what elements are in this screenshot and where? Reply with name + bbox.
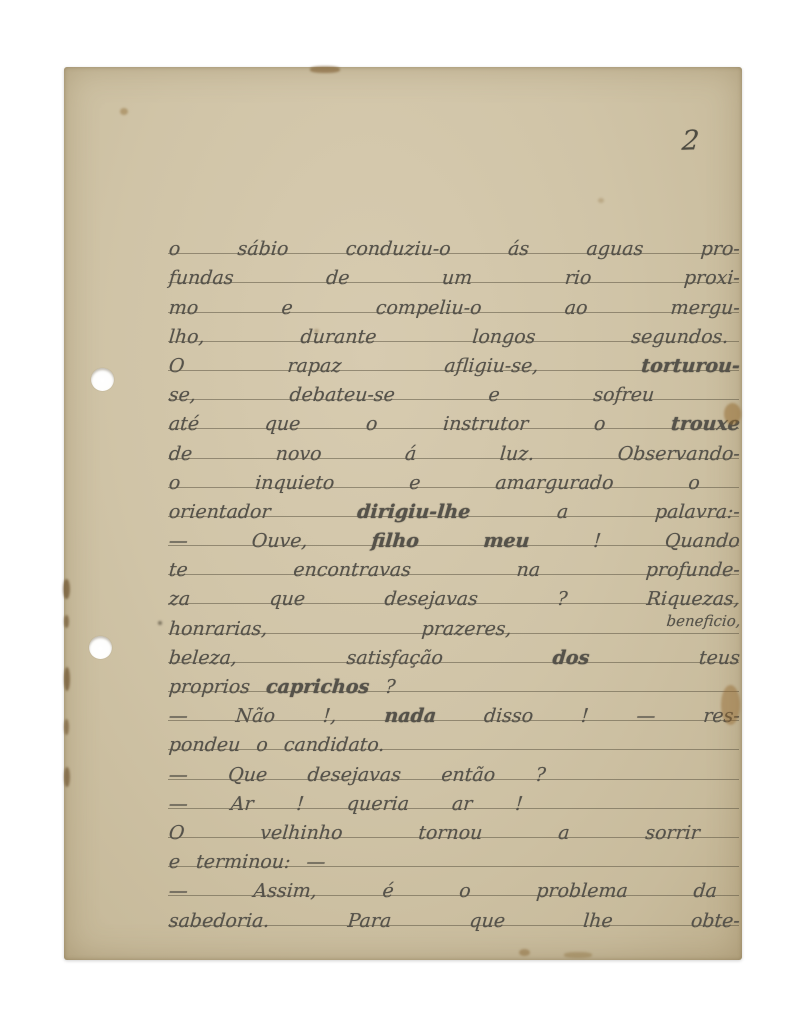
stain: [63, 579, 70, 599]
manuscript-line: te encontravas na profunde-: [168, 546, 739, 575]
manuscript-line: de novo á luz. Observando-: [168, 429, 739, 458]
manuscript-line: o inquieto e amargurado o: [168, 459, 739, 488]
stain: [564, 952, 592, 958]
manuscript-line: — Ar ! queria ar !: [168, 780, 739, 809]
manuscript-line: — Assim, é o problema da: [168, 867, 739, 896]
manuscript-line: proprios caprichos ?: [168, 663, 739, 692]
handwritten-segment: sabedoria. Para que lhe obte-: [168, 910, 741, 932]
punch-hole-top: [91, 368, 114, 391]
stain: [598, 198, 604, 203]
stain: [158, 621, 162, 625]
stain: [310, 66, 340, 73]
manuscript-line: se, debateu-se e sofreu: [168, 371, 739, 400]
punch-hole-bottom: [89, 636, 112, 659]
manuscript-line: O velhinho tornou a sorrir: [168, 809, 739, 838]
manuscript-line: sabedoria. Para que lhe obte-: [168, 896, 739, 925]
page-number: 2: [681, 124, 723, 156]
manuscript-line: beleza, satisfação dos teus: [168, 634, 739, 663]
manuscript-line: fundas de um rio proxi-: [168, 254, 739, 283]
manuscript-line: até que o instrutor o trouxe: [168, 400, 739, 429]
manuscript-line: orientador dirigiu-lhe a palavra:-: [168, 488, 739, 517]
manuscript-line: e terminou: —: [168, 838, 739, 867]
stain: [64, 667, 70, 691]
stain: [724, 403, 741, 425]
manuscript-line: O rapaz afligiu-se, torturou-: [168, 342, 739, 371]
stain: [64, 615, 69, 628]
manuscript-line: honrarias, prazeres, beneficio,: [168, 604, 739, 633]
stain: [314, 329, 319, 333]
handwritten-segment: beneficio,: [666, 612, 742, 630]
manuscript-line: o sábio conduziu-o ás aguas pro-: [168, 225, 739, 254]
manuscript-page: 2 o sábio conduziu-o ás aguas pro-fundas…: [64, 67, 742, 960]
manuscript-line: za que desejavas ? Riquezas,: [168, 575, 739, 604]
manuscript-text: o sábio conduziu-o ás aguas pro-fundas d…: [168, 225, 739, 902]
stain: [64, 719, 69, 735]
manuscript-line: — Não !, nada disso ! — res-: [168, 692, 739, 721]
stain: [721, 685, 740, 725]
manuscript-line: mo e compeliu-o ao mergu-: [168, 283, 739, 312]
manuscript-line: — Ouve, filho meu ! Quando: [168, 517, 739, 546]
manuscript-line: lho, durante longos segundos.: [168, 313, 739, 342]
stain: [120, 108, 128, 115]
manuscript-line: pondeu o candidato.: [168, 721, 739, 750]
stain: [519, 949, 530, 956]
stain: [64, 767, 70, 787]
manuscript-line: — Que desejavas então ?: [168, 750, 739, 779]
scan-background: 2 o sábio conduziu-o ás aguas pro-fundas…: [0, 0, 809, 1024]
